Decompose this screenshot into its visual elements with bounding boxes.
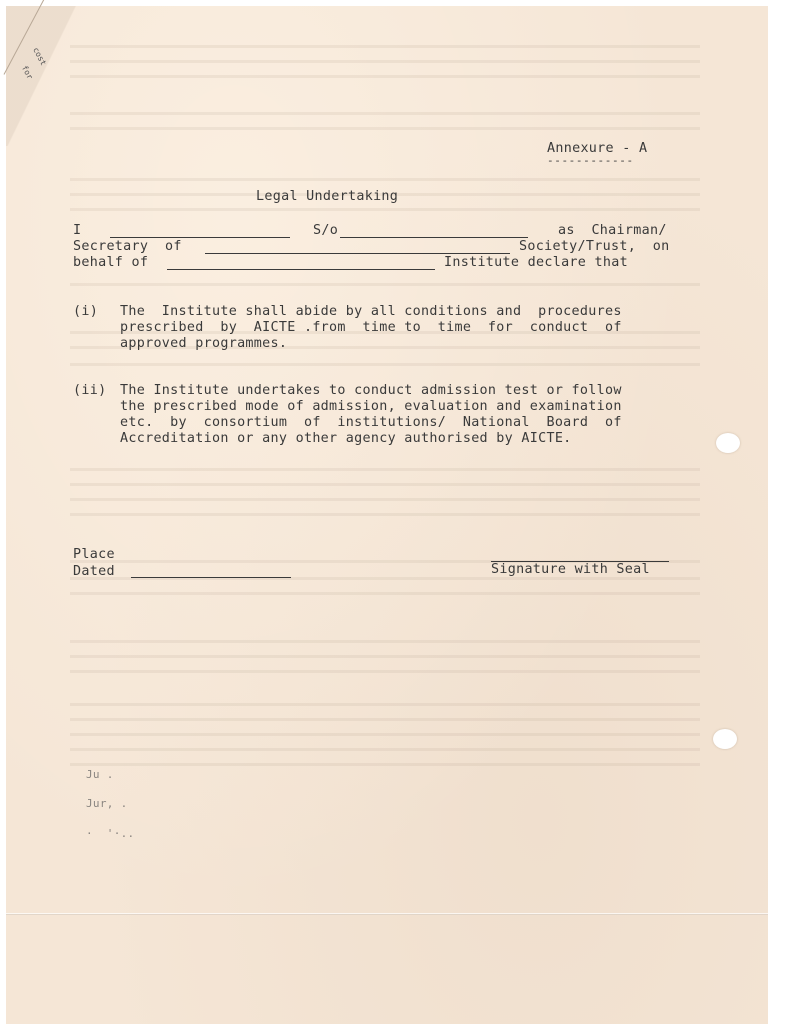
bleed-through-line <box>70 718 700 721</box>
bleed-through-line <box>70 127 700 130</box>
bleed-through-line <box>70 763 700 766</box>
bleed-through-line <box>70 75 700 78</box>
bleed-through-line <box>70 483 700 486</box>
clause-line: The Institute shall abide by all conditi… <box>120 304 622 319</box>
bleed-through-line <box>70 208 700 211</box>
bleed-through-line <box>70 283 700 286</box>
bleed-through-line <box>70 703 700 706</box>
annexure-underline: ------------ <box>547 154 634 167</box>
declaration-pronoun: I <box>73 223 81 238</box>
margin-mark: · '·.. <box>86 827 134 840</box>
bleed-through-line <box>70 670 700 673</box>
clause-line: etc. by consortium of institutions/ Nati… <box>120 415 622 430</box>
secretary-of-label: Secretary of <box>73 239 182 254</box>
institute-name-blank[interactable] <box>167 269 435 270</box>
bleed-through-line <box>70 45 700 48</box>
son-of-label: S/o <box>313 223 338 238</box>
bleed-through-line <box>70 178 700 181</box>
margin-mark: Ju . <box>86 768 114 781</box>
date-blank[interactable] <box>131 577 291 578</box>
dated-label: Dated <box>73 564 115 579</box>
bleed-through-line <box>70 655 700 658</box>
designation-label: as Chairman/ <box>558 223 667 238</box>
father-name-blank[interactable] <box>340 237 528 238</box>
document-title: Legal Undertaking <box>256 189 398 204</box>
society-name-blank[interactable] <box>205 253 510 254</box>
clause-line: approved programmes. <box>120 336 287 351</box>
punch-hole <box>716 433 740 453</box>
fold-crease-horizontal <box>6 913 768 915</box>
behalf-of-label: behalf of <box>73 255 148 270</box>
punch-hole <box>713 729 737 749</box>
bleed-through-line <box>70 513 700 516</box>
clause-line: The Institute undertakes to conduct admi… <box>120 383 622 398</box>
clause-number: (ii) <box>73 383 106 398</box>
place-label: Place <box>73 547 115 562</box>
name-blank[interactable] <box>110 237 290 238</box>
bleed-through-line <box>70 60 700 63</box>
folded-corner <box>6 6 76 146</box>
clause-line: the prescribed mode of admission, evalua… <box>120 399 622 414</box>
clause-line: Accreditation or any other agency author… <box>120 431 572 446</box>
bleed-through-line <box>70 640 700 643</box>
signature-label: Signature with Seal <box>491 562 650 577</box>
bleed-through-line <box>70 748 700 751</box>
bleed-through-line <box>70 363 700 366</box>
bleed-through-line <box>70 468 700 471</box>
bleed-through-line <box>70 498 700 501</box>
bleed-through-line <box>70 592 700 595</box>
declare-that-label: Institute declare that <box>444 255 628 270</box>
bleed-through-line <box>70 112 700 115</box>
margin-mark: Jur, . <box>86 797 128 810</box>
clause-line: prescribed by AICTE .from time to time f… <box>120 320 622 335</box>
society-trust-label: Society/Trust, on <box>519 239 670 254</box>
bleed-through-line <box>70 733 700 736</box>
clause-number: (i) <box>73 304 98 319</box>
